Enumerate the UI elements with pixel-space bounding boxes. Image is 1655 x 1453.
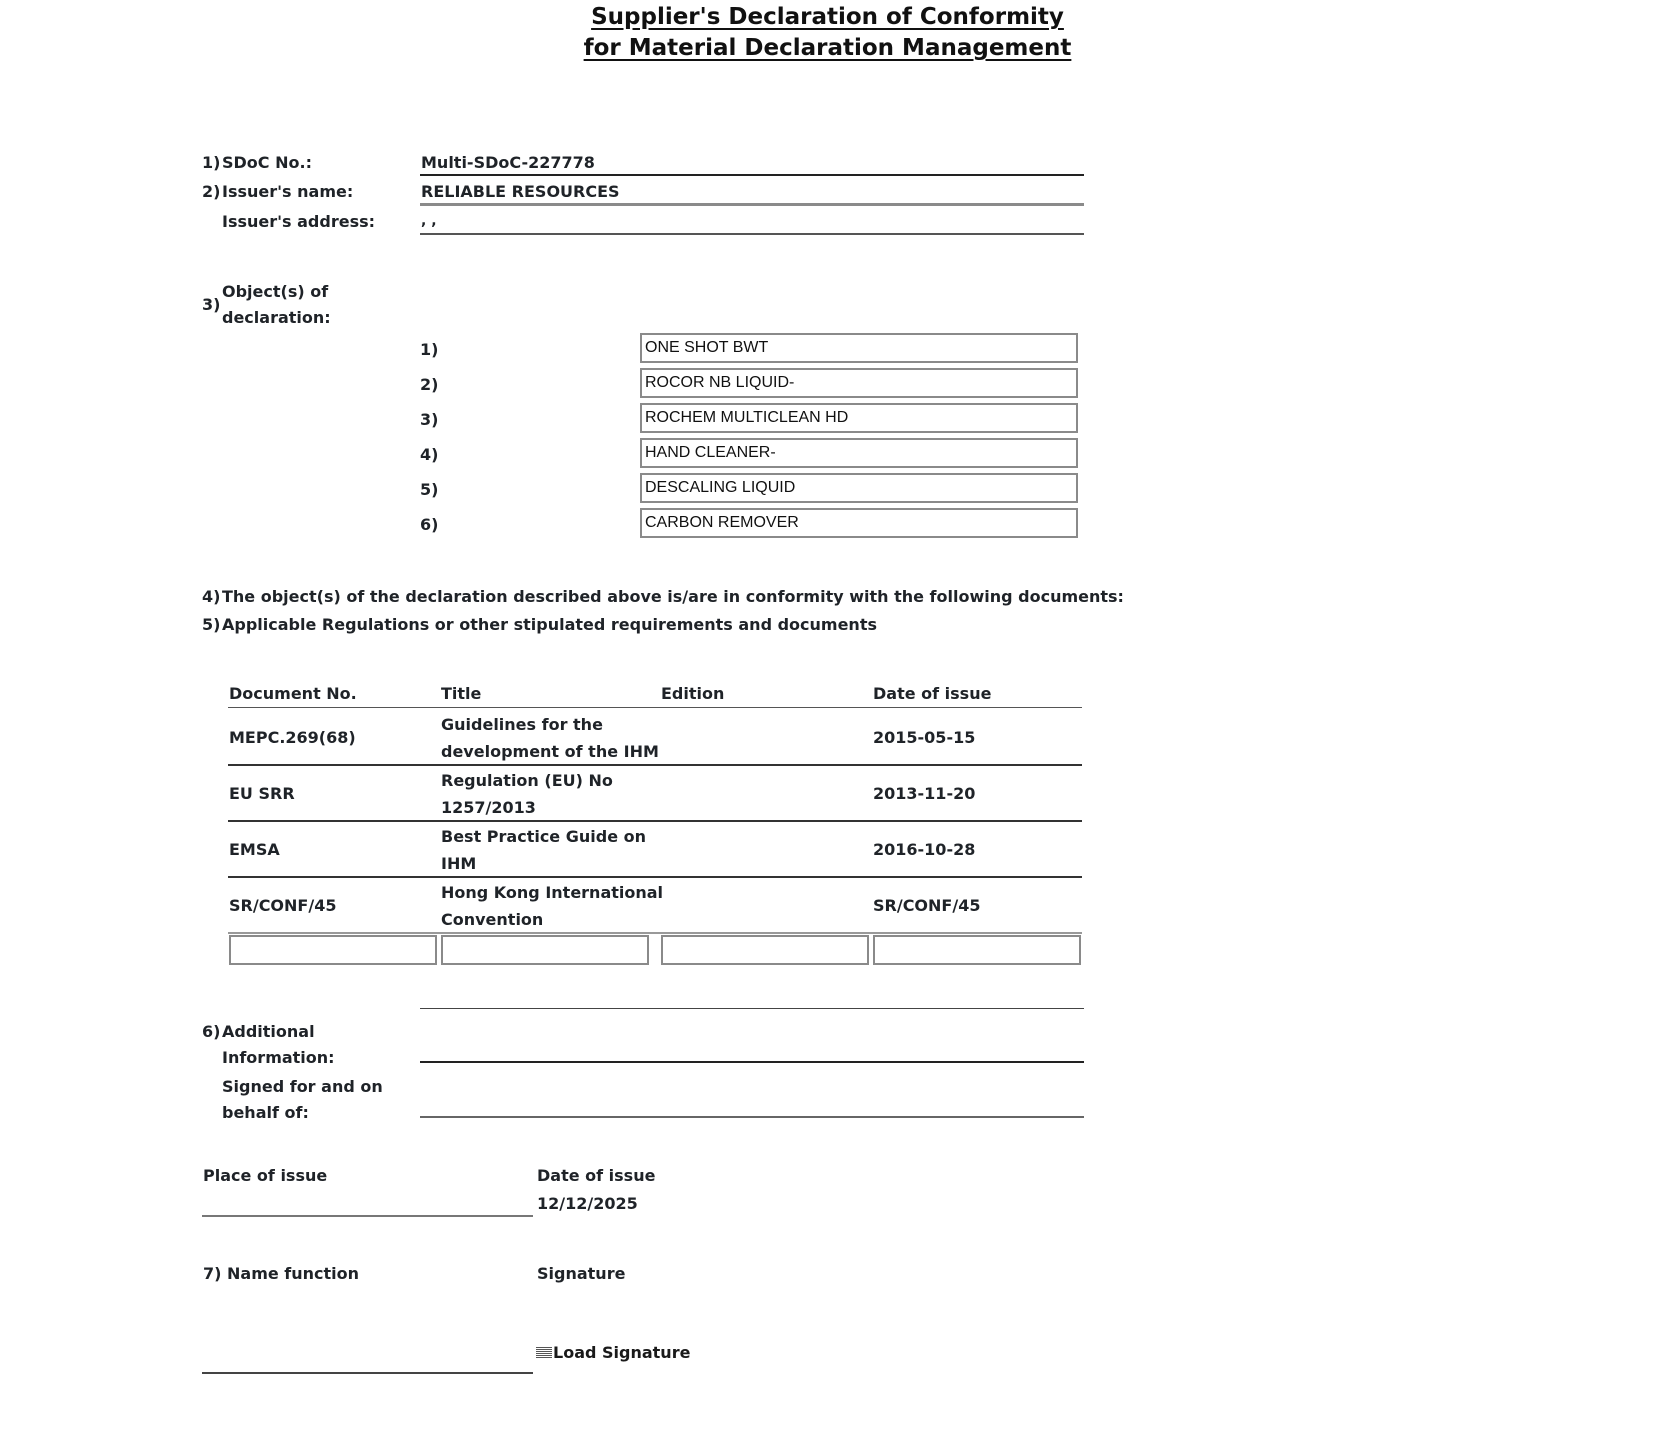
additional-info-top-line (420, 1008, 1084, 1009)
object-field[interactable]: CARBON REMOVER (640, 508, 1078, 538)
column-header-date-of-issue: Date of issue (873, 684, 991, 703)
page-title-line1: Supplier's Declaration of Conformity (0, 4, 1655, 30)
sdoc-number-index: 1) (202, 153, 220, 172)
signed-on-behalf-field[interactable] (421, 1085, 1081, 1111)
issuer-name-underline (420, 203, 1084, 206)
sdoc-number-value[interactable]: Multi-SDoC-227778 (421, 153, 595, 172)
cell-document-no: SR/CONF/45 (229, 892, 336, 919)
cell-document-no: EMSA (229, 836, 280, 863)
object-index: 3) (420, 410, 438, 429)
object-index: 5) (420, 480, 438, 499)
object-index: 6) (420, 515, 438, 534)
signed-on-behalf-label-line2: behalf of: (222, 1100, 309, 1126)
cell-title-line2: development of the IHM (441, 738, 659, 765)
cell-title-line1: Best Practice Guide on (441, 823, 646, 850)
statement-5-index: 5) (202, 615, 220, 634)
place-of-issue-field[interactable] (203, 1194, 531, 1214)
object-index: 4) (420, 445, 438, 464)
signed-on-behalf-underline (420, 1116, 1084, 1118)
column-header-title: Title (441, 684, 481, 703)
additional-info-index: 6) (202, 1022, 220, 1041)
new-edition-input[interactable] (661, 935, 869, 965)
column-header-edition: Edition (661, 684, 724, 703)
objects-index: 3) (202, 295, 220, 314)
additional-info-label-line1: Additional (222, 1019, 315, 1045)
new-title-input[interactable] (441, 935, 649, 965)
table-row-divider (228, 876, 1082, 878)
place-of-issue-label: Place of issue (203, 1163, 327, 1189)
issuer-address-field[interactable]: , , (421, 213, 437, 229)
additional-info-underline (420, 1061, 1084, 1063)
statement-4-text: The object(s) of the declaration describ… (222, 584, 1124, 610)
table-header-divider (228, 707, 1082, 708)
name-function-label: 7) Name function (203, 1261, 359, 1287)
object-field[interactable]: HAND CLEANER- (640, 438, 1078, 468)
issuer-address-underline (420, 233, 1084, 235)
cell-title-line1: Hong Kong International (441, 879, 663, 906)
object-field[interactable]: ROCHEM MULTICLEAN HD (640, 403, 1078, 433)
cell-date-of-issue: 2016-10-28 (873, 836, 975, 863)
cell-title-line2: Convention (441, 906, 543, 933)
table-row-divider (228, 764, 1082, 766)
cell-document-no: MEPC.269(68) (229, 724, 356, 751)
table-row-divider (228, 932, 1082, 934)
cell-document-no: EU SRR (229, 780, 295, 807)
load-signature-label: Load Signature (553, 1343, 690, 1362)
object-index: 1) (420, 340, 438, 359)
page-title-line2: for Material Declaration Management (0, 35, 1655, 61)
sdoc-number-underline (420, 174, 1084, 176)
signed-on-behalf-label-line1: Signed for and on (222, 1074, 383, 1100)
column-header-document-no: Document No. (229, 684, 357, 703)
lines-icon (536, 1347, 552, 1358)
object-field[interactable]: ONE SHOT BWT (640, 333, 1078, 363)
objects-label-line2: declaration: (222, 305, 331, 331)
cell-date-of-issue: 2015-05-15 (873, 724, 975, 751)
cell-title-line1: Guidelines for the (441, 711, 603, 738)
additional-info-label-line2: Information: (222, 1045, 335, 1071)
new-document-no-input[interactable] (229, 935, 437, 965)
cell-date-of-issue: SR/CONF/45 (873, 892, 980, 919)
issuer-address-label: Issuer's address: (222, 209, 375, 235)
object-index: 2) (420, 375, 438, 394)
date-of-issue-label: Date of issue (537, 1163, 655, 1189)
issuer-name-index: 2) (202, 182, 220, 201)
load-signature-button[interactable]: Load Signature (536, 1343, 690, 1362)
issuer-name-field[interactable]: RELIABLE RESOURCES (421, 182, 620, 201)
cell-title-line2: IHM (441, 850, 476, 877)
table-row-divider (228, 820, 1082, 822)
new-date-input[interactable] (873, 935, 1081, 965)
name-function-underline (202, 1372, 533, 1374)
statement-5-text: Applicable Regulations or other stipulat… (222, 612, 877, 638)
statement-4-index: 4) (202, 587, 220, 606)
place-of-issue-underline (202, 1215, 533, 1217)
cell-date-of-issue: 2013-11-20 (873, 780, 975, 807)
date-of-issue-field[interactable]: 12/12/2025 (537, 1194, 638, 1213)
object-field[interactable]: DESCALING LIQUID (640, 473, 1078, 503)
object-field[interactable]: ROCOR NB LIQUID- (640, 368, 1078, 398)
issuer-name-label: Issuer's name: (222, 179, 353, 205)
sdoc-number-label: SDoC No.: (222, 150, 312, 176)
cell-title-line2: 1257/2013 (441, 794, 536, 821)
cell-title-line1: Regulation (EU) No (441, 767, 613, 794)
objects-label-line1: Object(s) of (222, 279, 328, 305)
signature-label: Signature (537, 1261, 625, 1287)
name-function-field[interactable] (203, 1350, 531, 1370)
additional-info-field[interactable] (421, 1030, 1081, 1056)
